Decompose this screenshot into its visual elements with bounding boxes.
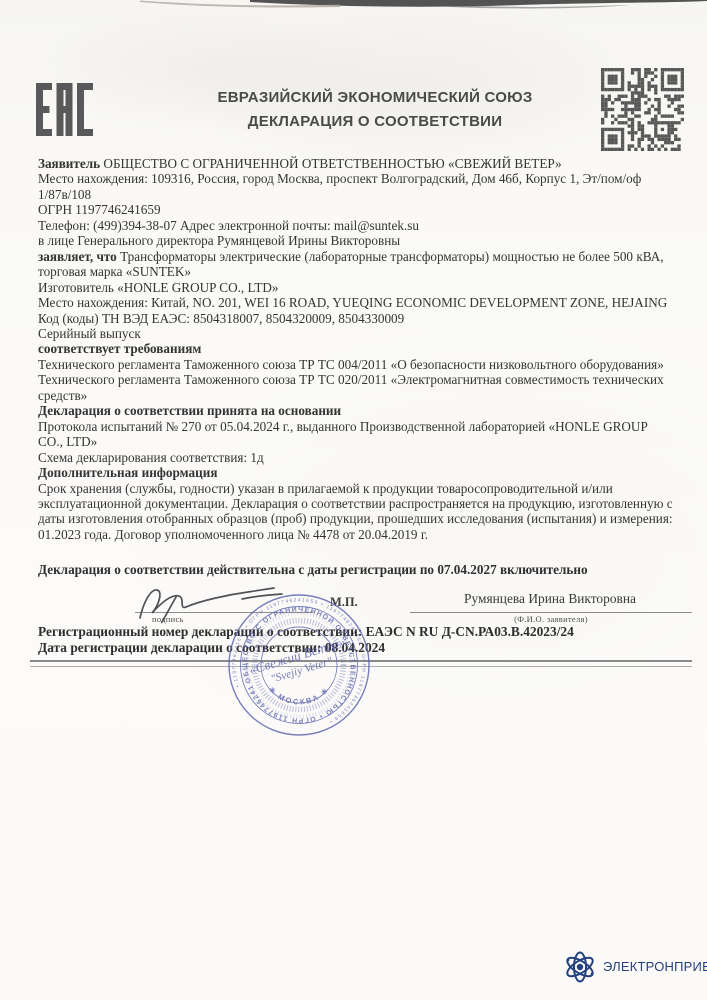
body-line: Серийный выпуск bbox=[38, 326, 698, 341]
qr-code bbox=[601, 68, 684, 151]
title-line-2: ДЕКЛАРАЦИЯ О СООТВЕТСТВИИ bbox=[178, 110, 572, 134]
applicant-name: Румянцева Ирина Викторовна bbox=[408, 591, 692, 607]
body-line: Декларация о соответствии принята на осн… bbox=[38, 403, 698, 418]
scan-artifact bbox=[0, 0, 707, 18]
body-line: 1/87в/108 bbox=[38, 187, 698, 202]
applicant-name-caption: (Ф.И.О. заявителя) bbox=[410, 614, 692, 624]
body-line: CO., LTD» bbox=[38, 434, 698, 449]
body-line: Срок хранения (службы, годности) указан … bbox=[38, 481, 698, 496]
body-line: Изготовитель «HONLE GROUP CO., LTD» bbox=[38, 280, 698, 295]
body-line: Дополнительная информация bbox=[38, 465, 698, 480]
vendor-logo-label: ЭЛЕКТРОНПРИБОР bbox=[603, 959, 707, 974]
body-line: Протокола испытаний № 270 от 05.04.2024 … bbox=[38, 419, 698, 434]
validity-line: Декларация о соответствии действительна … bbox=[38, 562, 588, 578]
body-line: в лице Генерального директора Румянцевой… bbox=[38, 233, 698, 248]
body-line: соответствует требованиям bbox=[38, 341, 698, 356]
company-stamp: • 1197746241659 • ОГРН 1197746241659 • 1… bbox=[214, 580, 384, 750]
body-line: Место нахождения: 109316, Россия, город … bbox=[38, 171, 698, 186]
body-line: даты изготовления отобранных образцов (п… bbox=[38, 511, 698, 526]
body-line: эксплуатационной документации. Деклараци… bbox=[38, 496, 698, 511]
body-line: Технического регламента Таможенного союз… bbox=[38, 357, 698, 372]
body-line: Технического регламента Таможенного союз… bbox=[38, 372, 698, 387]
body-text: Заявитель ОБЩЕСТВО С ОГРАНИЧЕННОЙ ОТВЕТС… bbox=[38, 156, 698, 542]
atom-icon bbox=[563, 950, 597, 984]
document-title: ЕВРАЗИЙСКИЙ ЭКОНОМИЧЕСКИЙ СОЮЗ ДЕКЛАРАЦИ… bbox=[178, 86, 572, 133]
body-line: Место нахождения: Китай, NO. 201, WEI 16… bbox=[38, 295, 698, 310]
body-line: торговая марка «SUNTEK» bbox=[38, 264, 698, 279]
eac-mark-icon bbox=[36, 83, 93, 137]
body-line: Заявитель ОБЩЕСТВО С ОГРАНИЧЕННОЙ ОТВЕТС… bbox=[38, 156, 698, 171]
body-line: заявляет, что Трансформаторы электрическ… bbox=[38, 249, 698, 264]
body-line: ОГРН 1197746241659 bbox=[38, 202, 698, 217]
body-line: Телефон: (499)394-38-07 Адрес электронно… bbox=[38, 218, 698, 233]
title-line-1: ЕВРАЗИЙСКИЙ ЭКОНОМИЧЕСКИЙ СОЮЗ bbox=[178, 86, 572, 110]
signature-line-right bbox=[410, 612, 692, 613]
body-line: Код (коды) ТН ВЭД ЕАЭС: 8504318007, 8504… bbox=[38, 311, 698, 326]
body-line: 01.2023 года. Договор уполномоченного ли… bbox=[38, 527, 698, 542]
body-line: средств» bbox=[38, 388, 698, 403]
body-line: Схема декларирования соответствия: 1д bbox=[38, 450, 698, 465]
declaration-document-page: ЕВРАЗИЙСКИЙ ЭКОНОМИЧЕСКИЙ СОЮЗ ДЕКЛАРАЦИ… bbox=[0, 0, 707, 1000]
